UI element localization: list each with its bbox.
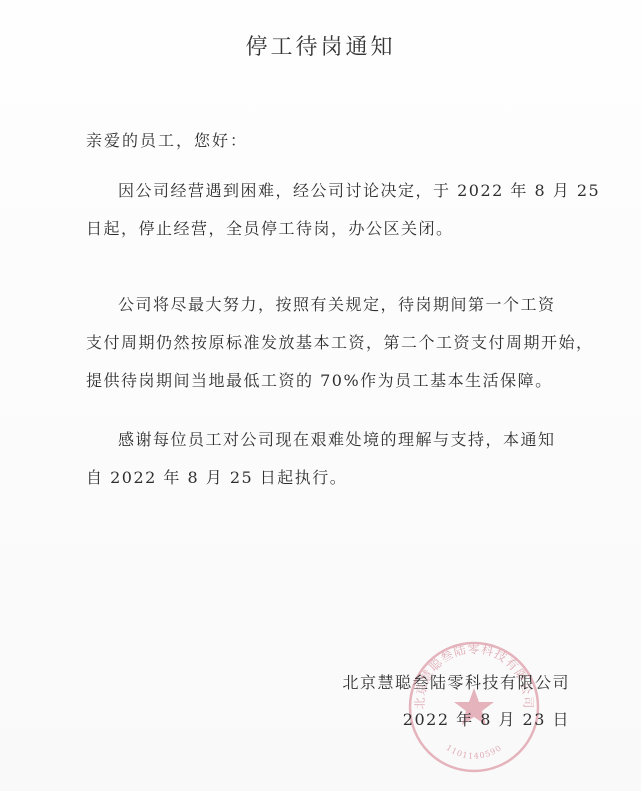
document-page: 停工待岗通知 亲爱的员工，您好： 因公司经营遇到困难，经公司讨论决定，于 202…	[0, 0, 641, 791]
paragraph-2: 公司将尽最大努力，按照有关规定，待岗期间第一个工资 支付周期仍然按原标准发放基本…	[86, 286, 556, 400]
paragraph-line: 日起，停止经营，全员停工待岗，办公区关闭。	[86, 210, 556, 248]
document-title: 停工待岗通知	[0, 30, 641, 61]
paragraph-1: 因公司经营遇到困难，经公司讨论决定，于 2022 年 8 月 25 日起，停止经…	[86, 172, 556, 248]
svg-text:1101140590: 1101140590	[444, 743, 503, 761]
paragraph-line: 感谢每位员工对公司现在艰难处境的理解与支持，本通知	[86, 421, 556, 459]
paragraph-line: 公司将尽最大努力，按照有关规定，待岗期间第一个工资	[86, 286, 556, 324]
paragraph-line: 因公司经营遇到困难，经公司讨论决定，于 2022 年 8 月 25	[86, 172, 556, 210]
paragraph-line: 支付周期仍然按原标准发放基本工资，第二个工资支付周期开始，	[86, 324, 556, 362]
paragraph-line: 自 2022 年 8 月 25 日起执行。	[86, 459, 556, 497]
paragraph-3: 感谢每位员工对公司现在艰难处境的理解与支持，本通知 自 2022 年 8 月 2…	[86, 421, 556, 497]
signature-date: 2022 年 8 月 23 日	[330, 707, 570, 730]
paragraph-line: 提供待岗期间当地最低工资的 70%作为员工基本生活保障。	[86, 362, 556, 400]
signature-company: 北京慧聪叁陆零科技有限公司	[330, 670, 570, 693]
stamp-number: 1101140590	[444, 743, 503, 761]
greeting: 亲爱的员工，您好：	[86, 128, 248, 151]
signature-block: 北京慧聪叁陆零科技有限公司 2022 年 8 月 23 日	[330, 670, 570, 730]
